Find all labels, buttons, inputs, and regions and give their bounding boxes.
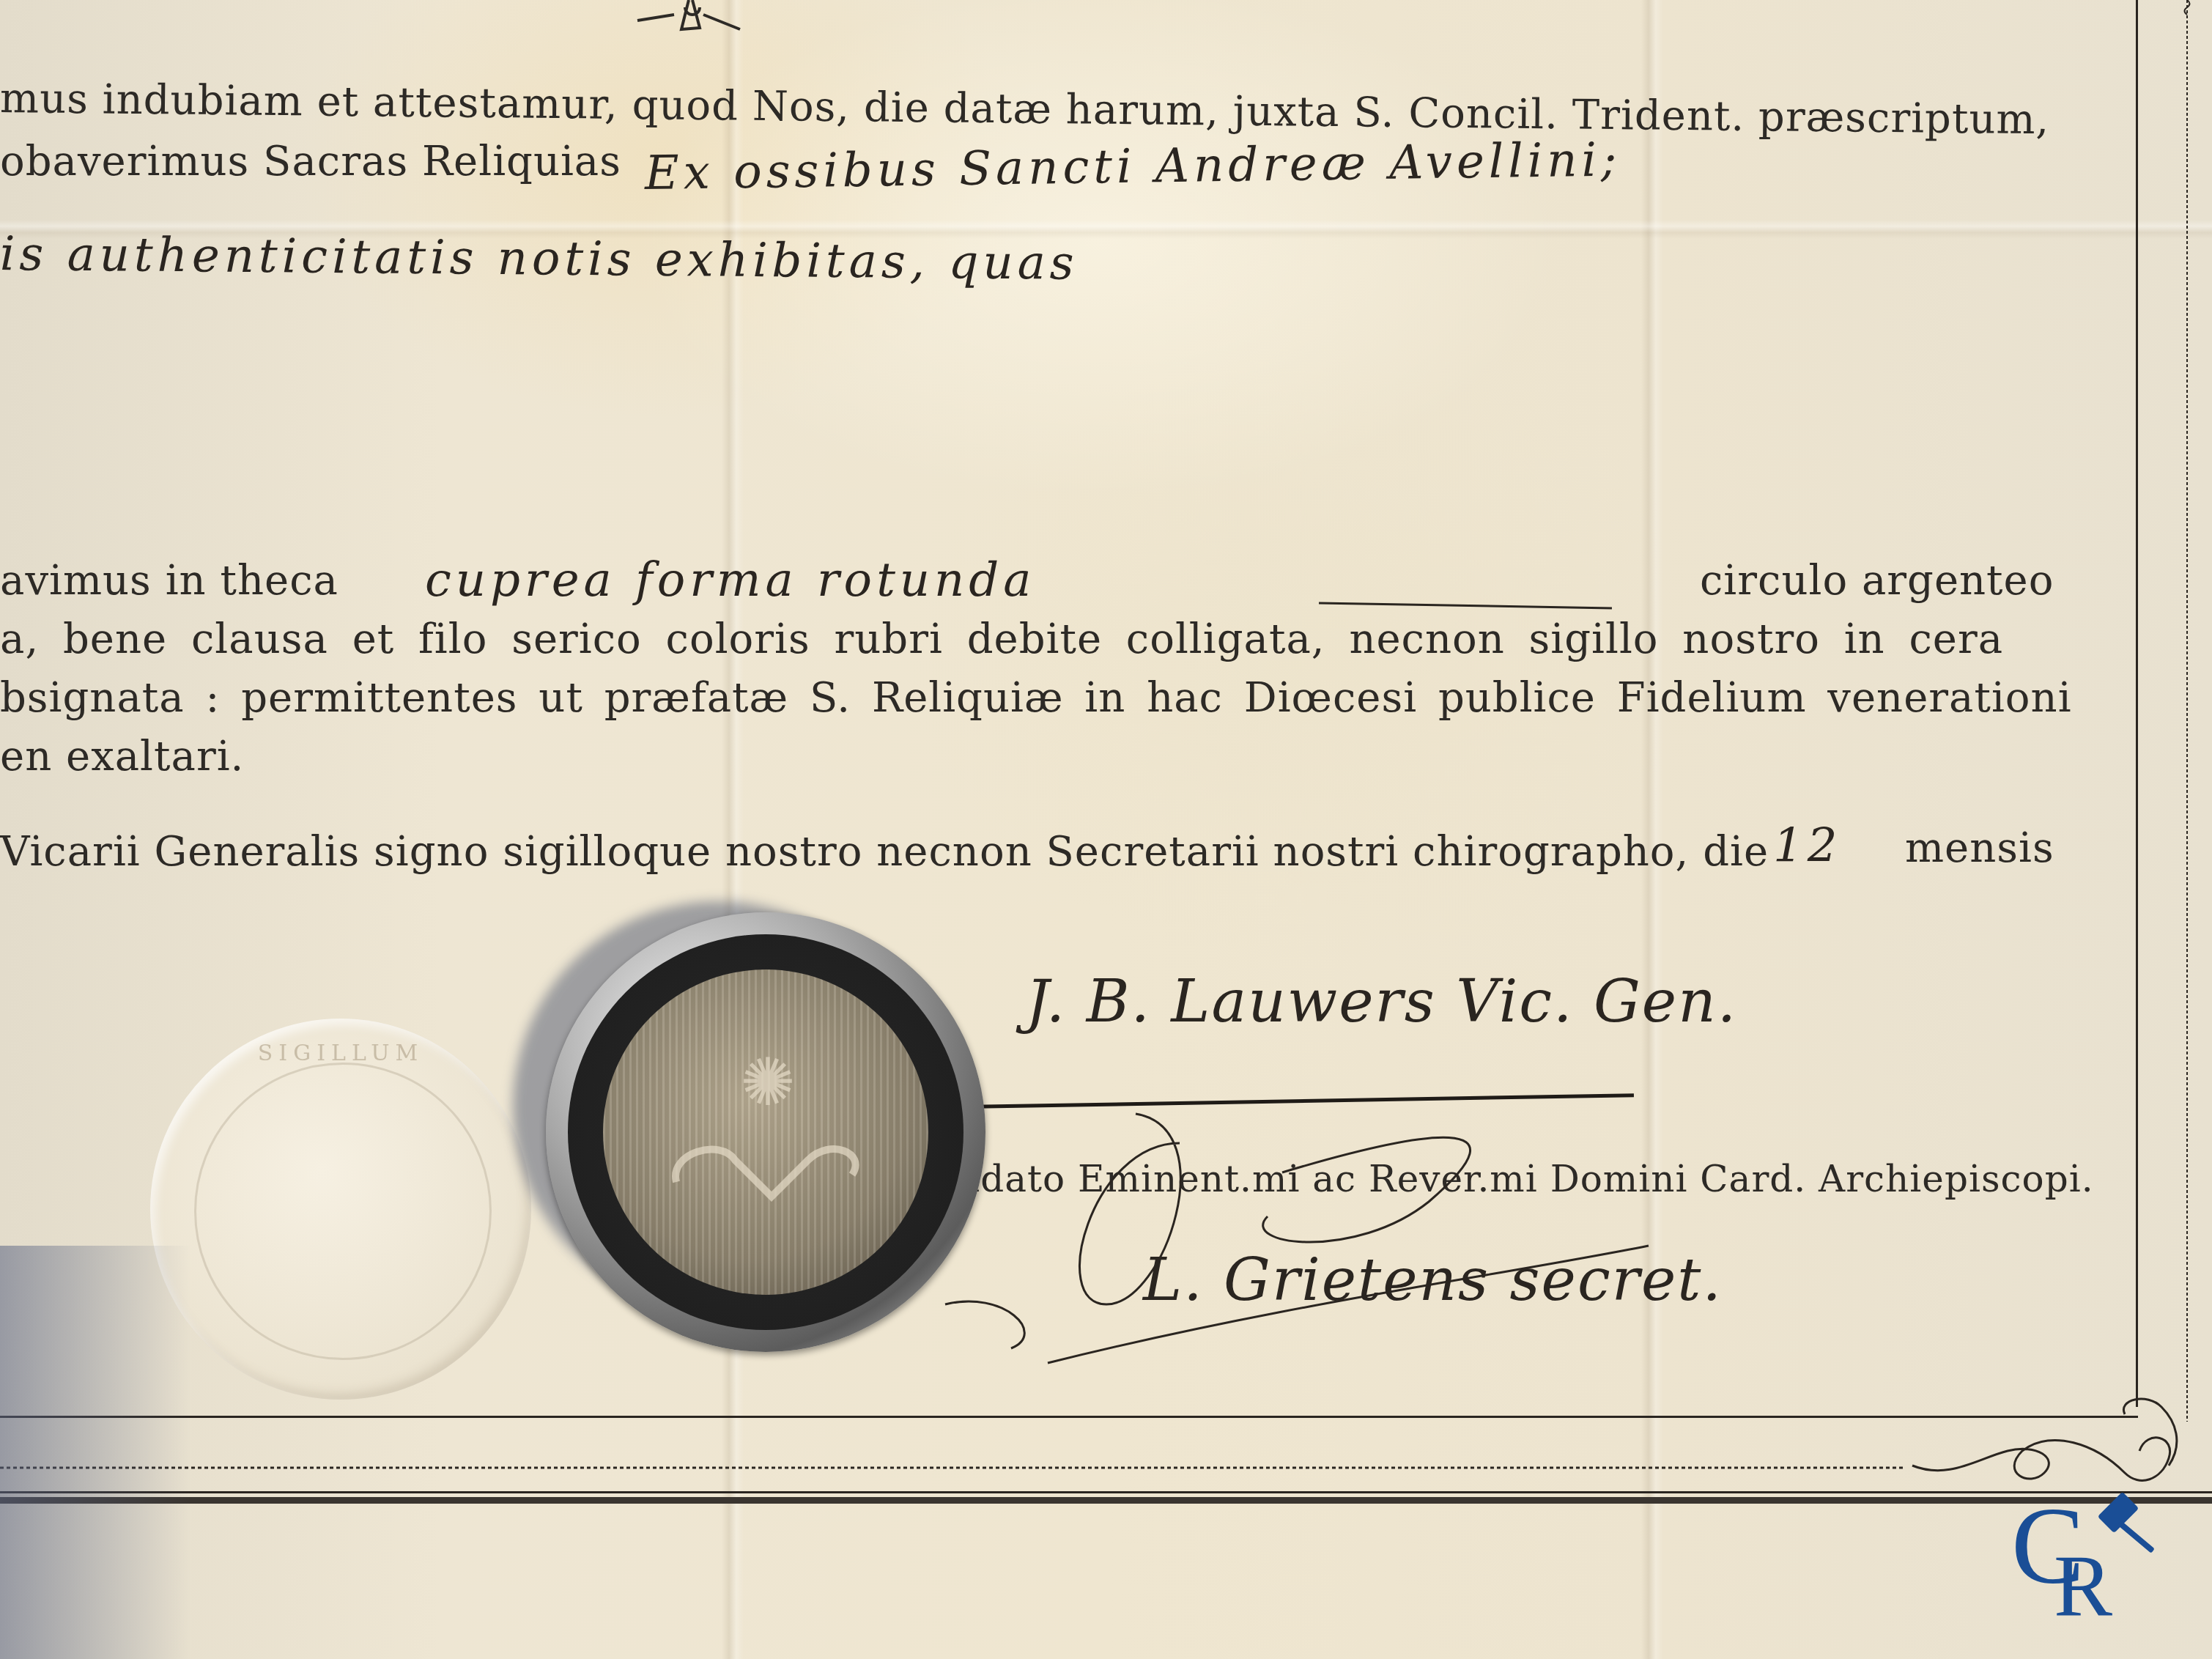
crest-ornament-icon xyxy=(630,0,747,37)
document-border-bottom xyxy=(0,1416,2138,1418)
signature-flourish xyxy=(916,1085,1795,1392)
handwritten-day: 12 xyxy=(1773,819,1841,873)
double-rule-thin xyxy=(0,1491,2212,1493)
photo-shadow xyxy=(0,1246,191,1659)
scroll-ornament-icon xyxy=(662,1138,874,1233)
handwritten-authenticity-line: is authenticitatis notis exhibitas, quas xyxy=(0,227,1079,291)
printed-line-3: avimus in theca xyxy=(0,557,339,605)
embossed-seal: SIGILLUM xyxy=(150,1019,531,1400)
printed-line-7: en exaltari. xyxy=(0,733,244,780)
corner-flourish-icon xyxy=(1905,1392,2212,1495)
handwritten-theca-material: cuprea forma rotunda xyxy=(425,553,1035,607)
gavel-icon xyxy=(2092,1491,2165,1557)
locket-glass: ✺ xyxy=(603,969,928,1295)
wavy-border-bottom xyxy=(0,1462,1905,1474)
printed-line-5: a, bene clausa et filo serico coloris ru… xyxy=(0,616,2003,663)
signature-vicar-general: J. B. Lauwers Vic. Gen. xyxy=(1026,967,1737,1035)
double-rule-thick xyxy=(0,1497,2212,1504)
reliquary-locket: ✺ xyxy=(546,912,985,1352)
seal-label: SIGILLUM xyxy=(150,1041,531,1066)
auction-house-logo: C R xyxy=(2011,1491,2165,1616)
star-icon: ✺ xyxy=(735,1050,801,1116)
document-border-right xyxy=(2136,0,2138,1407)
printed-line-4: circulo argenteo xyxy=(1700,557,2054,605)
printed-line-2: obaverimus Sacras Reliquias xyxy=(0,138,621,185)
locket-rim: ✺ xyxy=(568,934,963,1330)
wavy-border-right xyxy=(2182,0,2192,1422)
seal-inner-ring xyxy=(194,1063,492,1360)
printed-line-6: bsignata : permittentes ut præfatæ S. Re… xyxy=(0,674,2072,722)
logo-letter-r: R xyxy=(2054,1531,2083,1641)
printed-line-9: mensis xyxy=(1905,824,2054,872)
logo-letter-c: C xyxy=(2011,1491,2055,1601)
printed-line-8: Vicarii Generalis signo sigilloque nostr… xyxy=(0,828,1769,876)
